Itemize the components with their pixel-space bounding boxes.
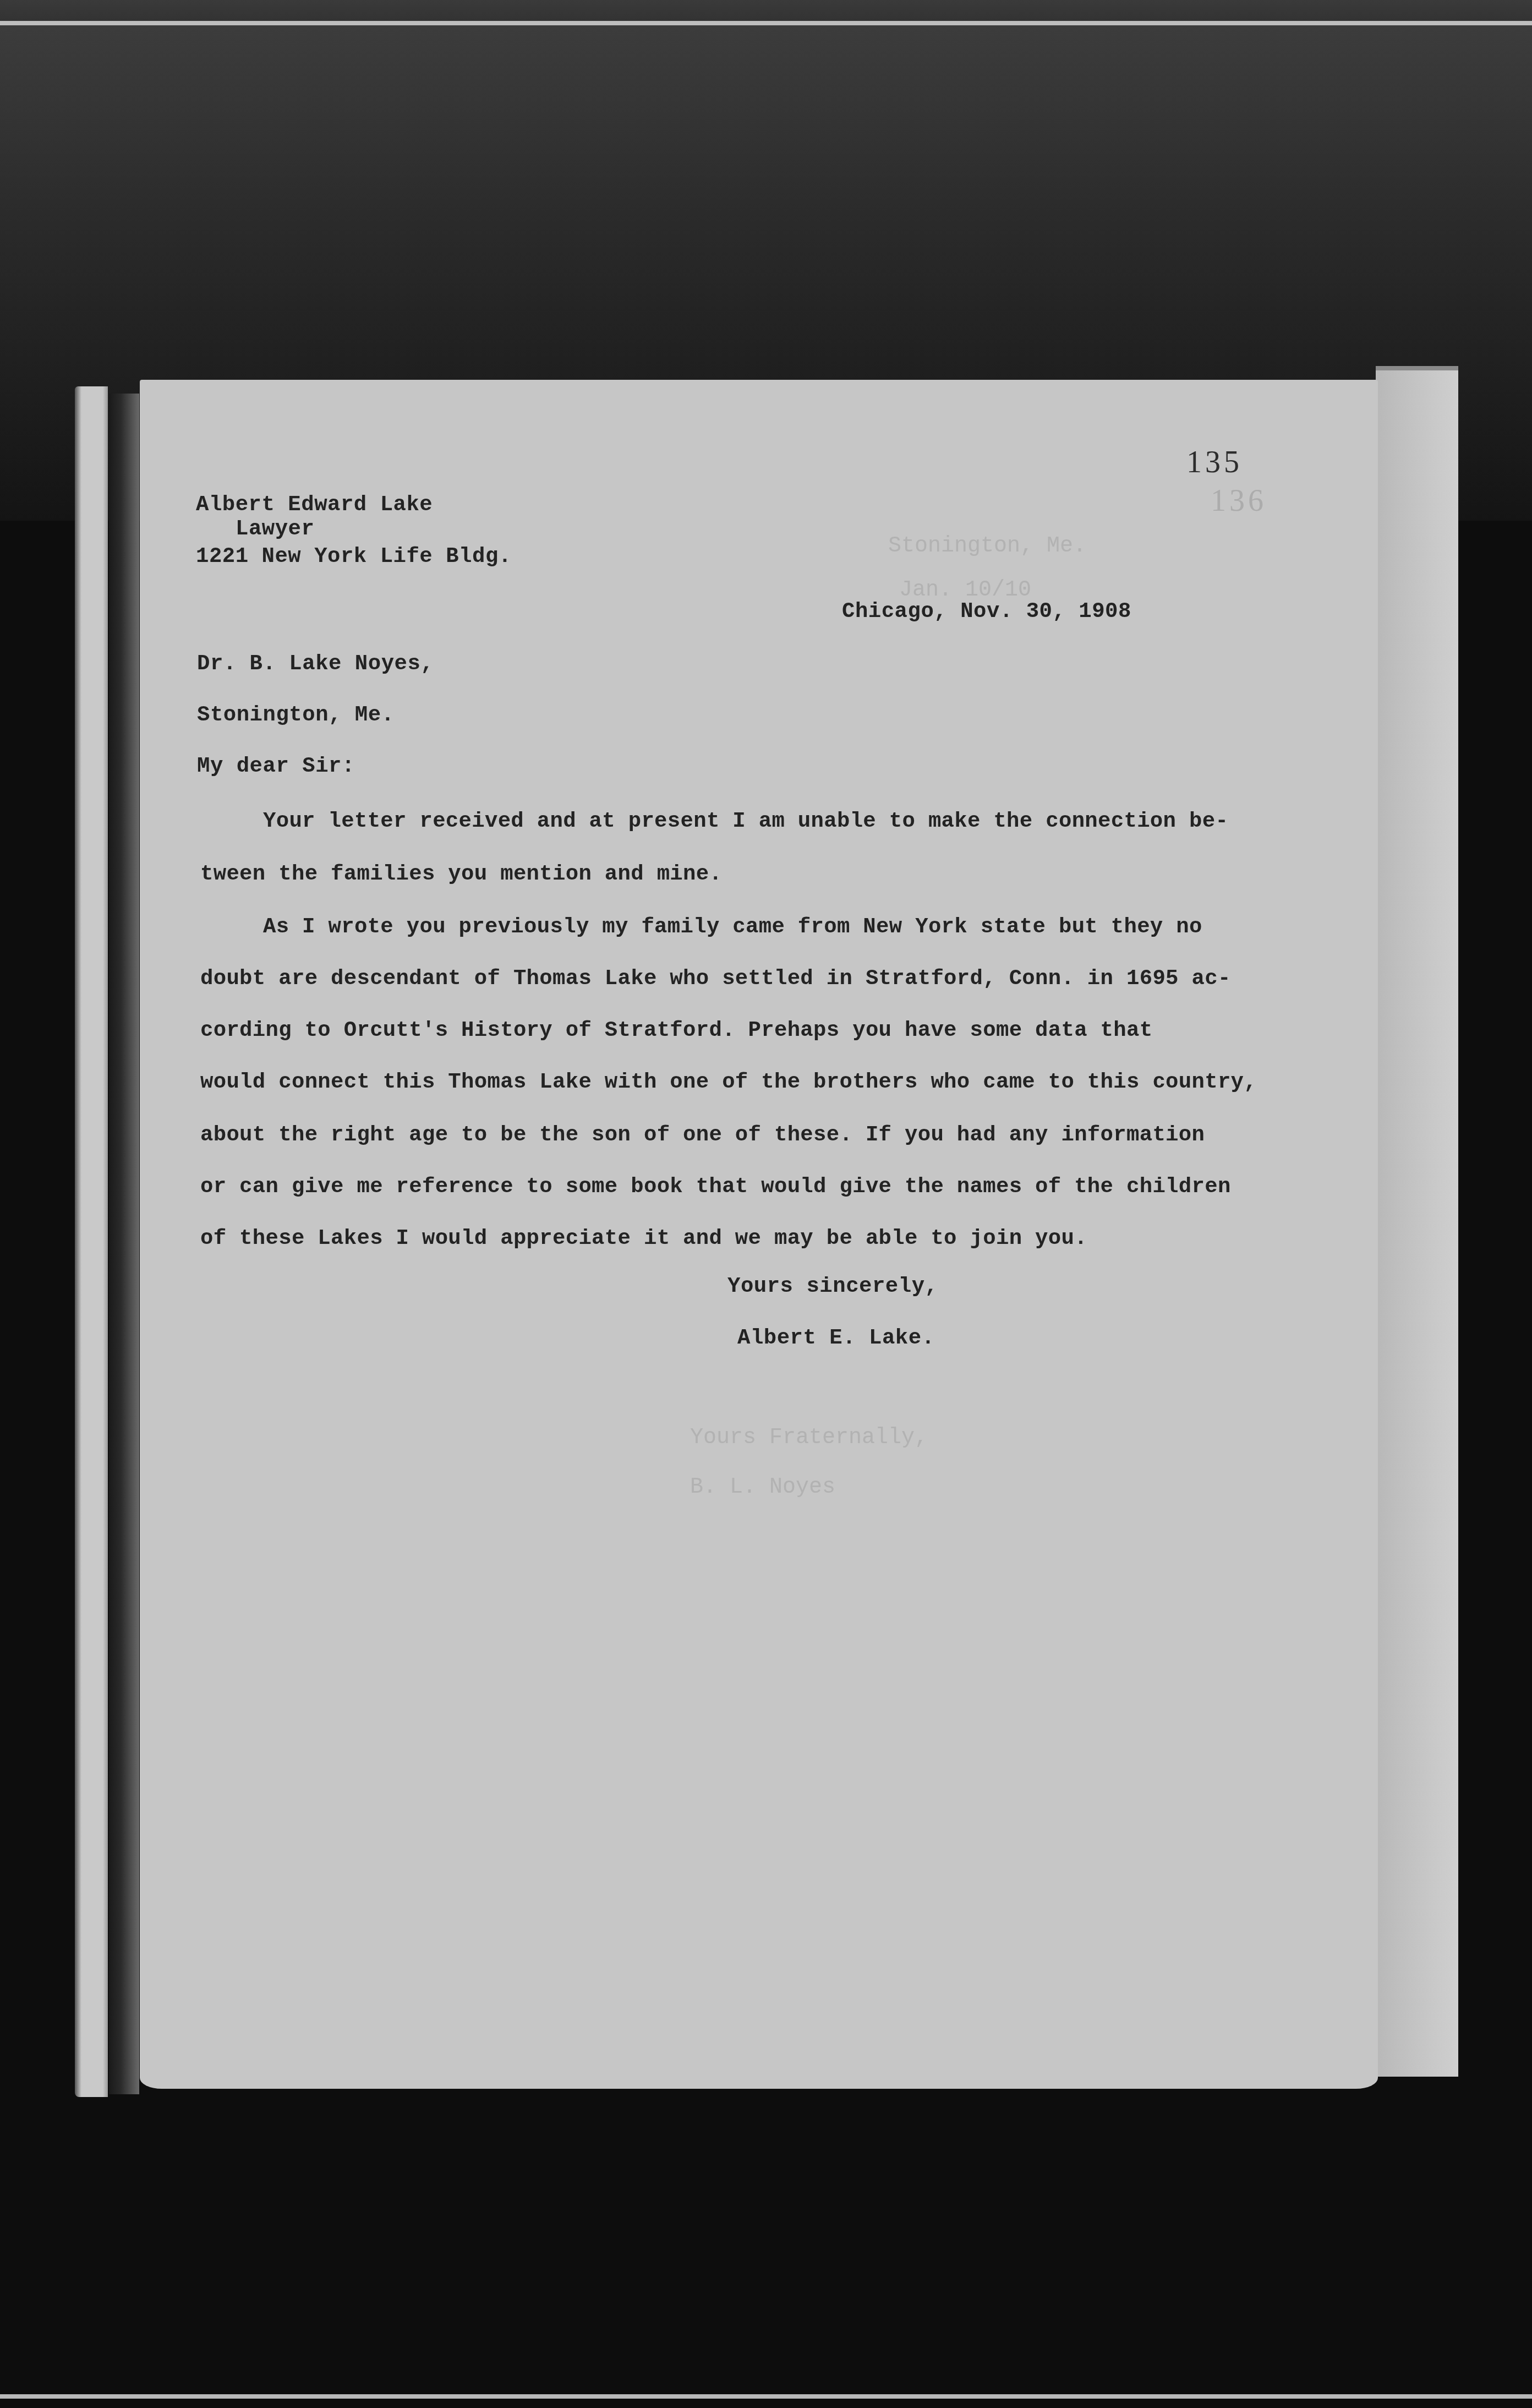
body-line: would connect this Thomas Lake with one … — [200, 1070, 1257, 1094]
bleed-through-page-number: 136 — [1211, 483, 1267, 518]
previous-page-edge — [75, 386, 108, 2097]
body-line: As I wrote you previously my family came… — [263, 915, 1202, 939]
body-line: or can give me reference to some book th… — [200, 1175, 1231, 1199]
signature: Albert E. Lake. — [737, 1328, 935, 1349]
body-line: cording to Orcutt's History of Stratford… — [200, 1018, 1152, 1042]
dateline: Chicago, Nov. 30, 1908 — [842, 601, 1131, 623]
film-edge-top — [0, 21, 1532, 25]
body-line: of these Lakes I would appreciate it and… — [200, 1226, 1087, 1251]
letterhead-name: Albert Edward Lake — [196, 494, 433, 516]
bleed-through-signature: B. L. Noyes — [690, 1475, 835, 1500]
recipient-location: Stonington, Me. — [197, 705, 395, 726]
body-line: about the right age to be the son of one… — [200, 1123, 1205, 1147]
page-number-stamp: 135 — [1186, 445, 1243, 480]
letterhead-address: 1221 New York Life Bldg. — [196, 546, 512, 567]
page-stack-edge — [1376, 366, 1458, 2077]
recipient-name: Dr. B. Lake Noyes, — [197, 653, 434, 675]
salutation: My dear Sir: — [197, 756, 355, 777]
film-edge-bottom — [0, 2394, 1532, 2399]
bleed-through-closing: Yours Fraternally, — [690, 1426, 928, 1450]
letter-page: Stonington, Me. Jan. 10/10 Yours Fratern… — [140, 380, 1378, 2089]
bleed-through-location: Stonington, Me. — [888, 534, 1086, 559]
body-line: doubt are descendant of Thomas Lake who … — [200, 967, 1231, 991]
body-line: Your letter received and at present I am… — [263, 809, 1228, 833]
binding-gutter — [109, 394, 139, 2094]
letterhead-title: Lawyer — [236, 518, 314, 540]
closing: Yours sincerely, — [727, 1276, 938, 1297]
body-line: tween the families you mention and mine. — [200, 862, 722, 886]
